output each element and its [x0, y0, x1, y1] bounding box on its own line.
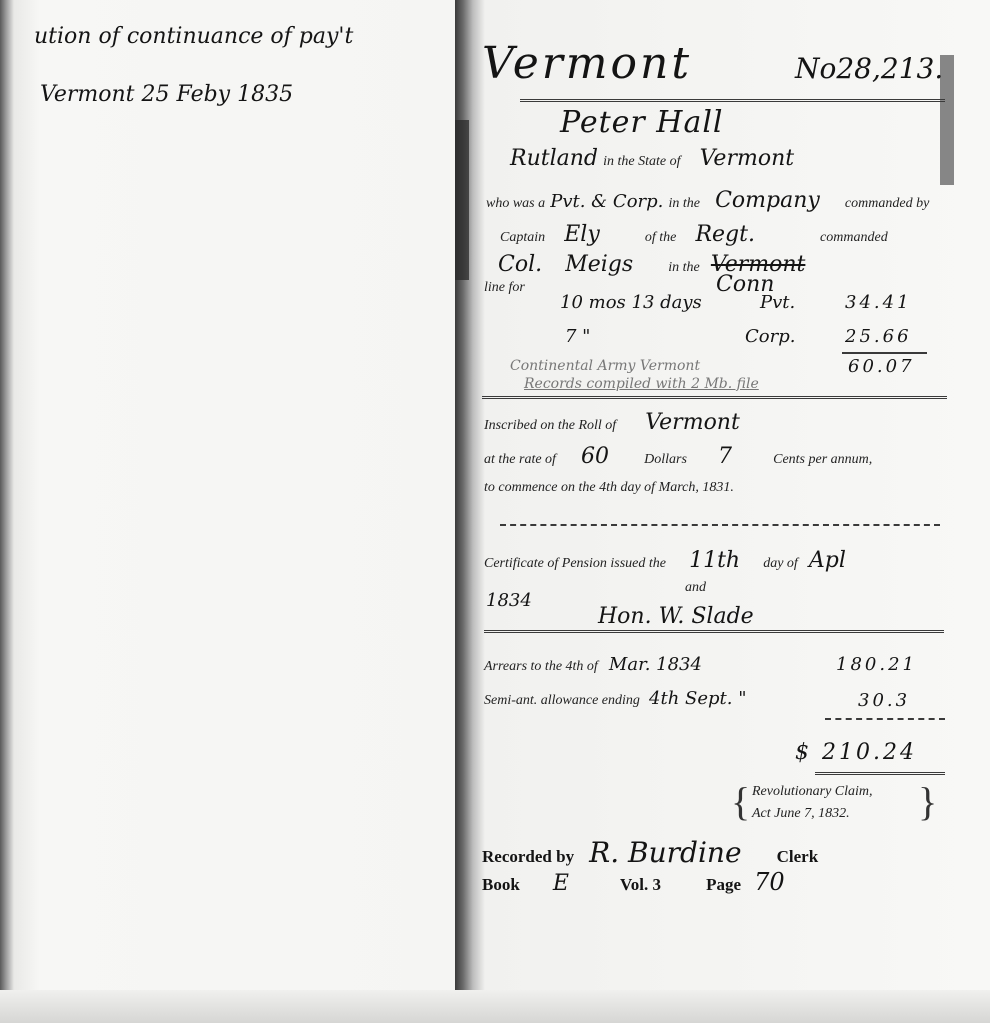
- payments-rule: [825, 718, 945, 720]
- certificate-label: Certificate of Pension issued the: [484, 556, 666, 571]
- rate-cents: 7: [718, 444, 732, 469]
- arrears-amount: 180.21: [836, 654, 917, 675]
- certificate-line: Certificate of Pension issued the 11th d…: [484, 548, 846, 573]
- captain-label: Captain: [500, 230, 545, 245]
- service-total: 60.07: [848, 356, 915, 377]
- record-number-label: No28,213.: [795, 52, 943, 85]
- left-brace: {: [731, 782, 750, 822]
- commence-text: to commence on the 4th day of March, 183…: [484, 480, 734, 496]
- residence-line: Rutland in the State of Vermont: [510, 146, 794, 171]
- state-title: Vermont: [482, 38, 692, 89]
- sum-rule: [842, 352, 927, 354]
- dollars-label: Dollars: [644, 452, 687, 467]
- unit-type: Company: [715, 188, 820, 213]
- number-label: No: [795, 52, 836, 85]
- book-value: E: [553, 871, 569, 896]
- day-of-label: day of: [763, 556, 798, 571]
- cents-label: Cents per annum,: [773, 452, 872, 467]
- rank: Pvt. & Corp.: [550, 191, 663, 212]
- captain-line: Captain Ely of the Regt. commanded: [500, 222, 888, 247]
- semi-amount: 30.3: [858, 690, 910, 711]
- arrears-date: Mar. 1834: [609, 654, 702, 675]
- book-label: Book: [482, 875, 520, 894]
- of-the-label: of the: [645, 230, 677, 245]
- in-label: in the: [668, 260, 700, 275]
- and-label: and: [685, 580, 706, 596]
- rank-line: who was a Pvt. & Corp. in the Company co…: [486, 188, 929, 213]
- line-for-label: line for: [484, 280, 525, 296]
- certificate-rule: [484, 630, 944, 633]
- clerk-signature: R. Burdine: [589, 836, 741, 869]
- total-rule: [815, 772, 945, 775]
- roll-rule: [500, 524, 940, 526]
- volume-label: Vol. 3: [620, 875, 661, 894]
- right-brace: }: [918, 782, 937, 822]
- service-note-2: Records compiled with 2 Mb. file: [524, 376, 759, 392]
- regiment: Regt.: [695, 222, 755, 247]
- service-row-1-duration: 10 mos 13 days: [560, 292, 702, 313]
- commanded-label: commanded: [820, 230, 888, 245]
- bottom-page-edge: [0, 990, 990, 1023]
- certificate-year: 1834: [486, 590, 532, 611]
- roll-state: Vermont: [645, 410, 740, 435]
- left-page: ution of continuance of pay't Vermont 25…: [0, 0, 455, 1023]
- roll-line: Inscribed on the Roll of Vermont: [484, 410, 740, 435]
- residence: Rutland: [510, 146, 598, 171]
- service-row-1-amount: 34.41: [845, 292, 912, 313]
- payments-total: $ 210.24: [795, 740, 917, 765]
- service-row-1-rank: Pvt.: [760, 292, 795, 313]
- service-row-2-rank: Corp.: [745, 326, 795, 347]
- rate-line: at the rate of 60 Dollars 7 Cents per an…: [484, 444, 872, 469]
- service-row-2-duration: 7 ": [565, 326, 590, 347]
- arrears-line: Arrears to the 4th of Mar. 1834: [484, 654, 702, 675]
- record-number: 28,213.: [836, 52, 943, 85]
- arrears-label: Arrears to the 4th of: [484, 659, 598, 674]
- clerk-label: Clerk: [777, 847, 819, 866]
- recorded-by-label: Recorded by: [482, 847, 574, 866]
- page-label: Page: [706, 875, 741, 894]
- header-rule: [520, 99, 945, 102]
- service-row-2-amount: 25.66: [845, 326, 912, 347]
- residence-state: Vermont: [700, 146, 795, 171]
- book-line: Book E Vol. 3 Page 70: [482, 868, 785, 896]
- total-amount: 210.24: [822, 740, 917, 765]
- service-rule: [482, 396, 947, 399]
- colonel-prefix: Col.: [498, 252, 542, 277]
- semi-label: Semi-ant. allowance ending: [484, 693, 640, 708]
- semi-annual-line: Semi-ant. allowance ending 4th Sept. ": [484, 688, 746, 709]
- colonel-name: Meigs: [565, 252, 633, 277]
- commanded-by-label: commanded by: [845, 196, 929, 211]
- certificate-month: Apl: [809, 548, 846, 573]
- rate-label: at the rate of: [484, 452, 556, 467]
- was-a-label: who was a: [486, 196, 545, 211]
- left-note-line-2: Vermont 25 Feby 1835: [40, 80, 293, 110]
- spine-shadow: [455, 120, 469, 280]
- left-note-line-1: ution of continuance of pay't: [34, 22, 353, 52]
- service-note-1: Continental Army Vermont: [510, 358, 700, 374]
- page-value: 70: [754, 868, 785, 896]
- certificate-sent-to: Hon. W. Slade: [598, 604, 754, 629]
- in-state-label: in the State of: [603, 154, 680, 169]
- semi-date: 4th Sept. ": [649, 688, 746, 709]
- claim-line-1: Revolutionary Claim,: [752, 784, 873, 800]
- certificate-day: 11th: [689, 548, 740, 573]
- recorded-by-line: Recorded by R. Burdine Clerk: [482, 836, 818, 869]
- captain-name: Ely: [564, 222, 600, 247]
- currency-symbol: $: [795, 740, 812, 765]
- inscribed-label: Inscribed on the Roll of: [484, 418, 616, 433]
- claim-line-2: Act June 7, 1832.: [752, 806, 850, 822]
- pensioner-name: Peter Hall: [560, 105, 724, 140]
- rate-dollars: 60: [581, 444, 609, 469]
- in-the-label: in the: [668, 196, 700, 211]
